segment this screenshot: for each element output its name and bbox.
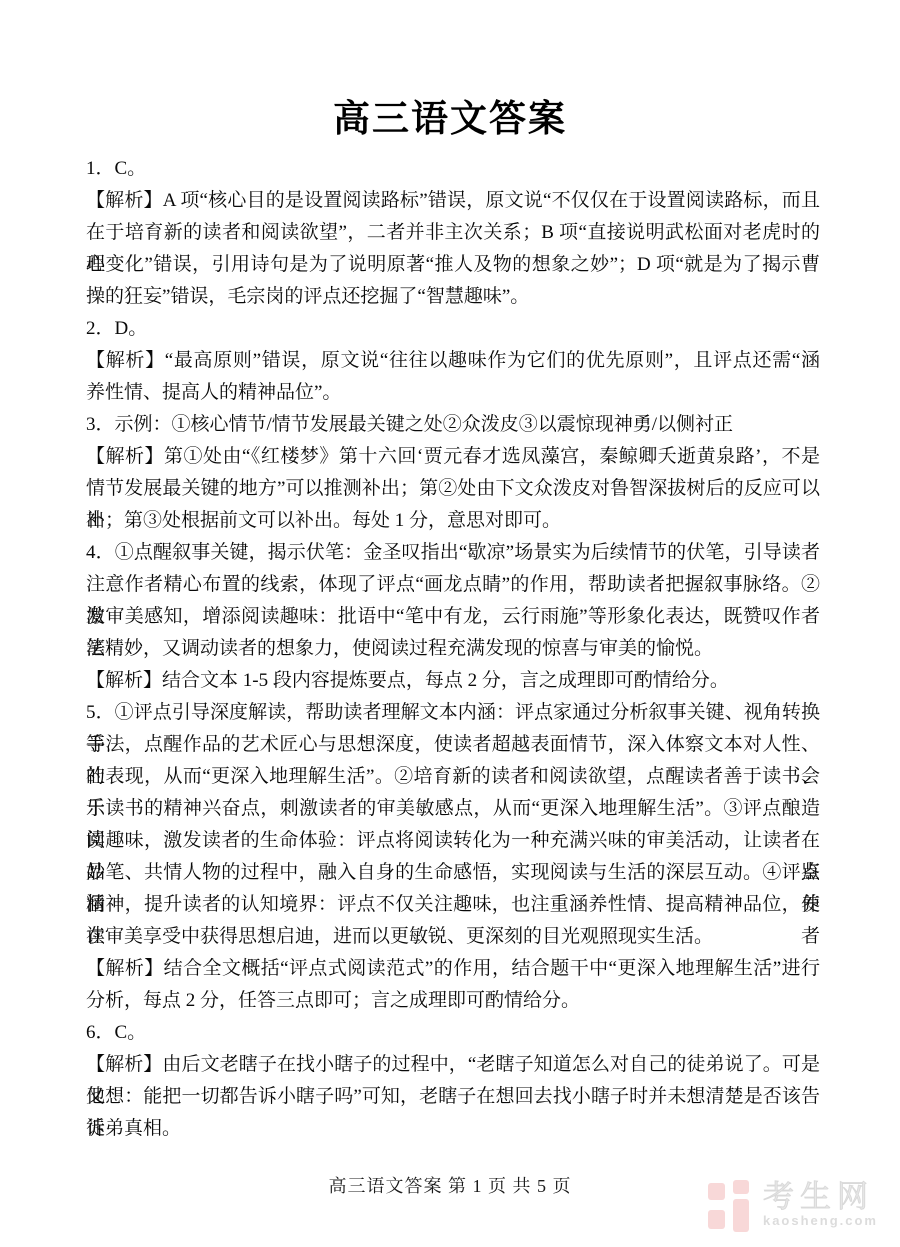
kaosheng-logo-icon xyxy=(708,1180,750,1232)
text-line: 【解析】结合全文概括“评点式阅读范式”的作用，结合题干中“更深入地理解生活”进行 xyxy=(86,953,820,985)
text-line: 徒弟真相。 xyxy=(86,1113,820,1145)
logo-block xyxy=(708,1183,725,1200)
text-line: 注意作者精心布置的线索，体现了评点“画龙点睛”的作用，帮助读者把握叙事脉络。②激 xyxy=(86,569,820,601)
paragraph: 【解析】A 项“核心目的是设置阅读路标”错误，原文说“不仅仅在于设置阅读路标，而… xyxy=(86,185,820,313)
text-line: 养性情、提高人的精神品位”。 xyxy=(86,377,820,409)
paragraph: 【解析】由后文老瞎子在找小瞎子的过程中，“老瞎子知道怎么对自己的徒弟说了。可是他… xyxy=(86,1049,820,1145)
text-line: 出；第③处根据前文可以补出。每处 1 分，意思对即可。 xyxy=(86,505,820,537)
text-line: 【解析】“最高原则”错误，原文说“往往以趣味作为它们的优先原则”，且评点还需“涵 xyxy=(86,345,820,377)
text-line: 读趣味，激发读者的生命体验：评点将阅读转化为一种充满兴味的审美活动，让读者在品鉴 xyxy=(86,825,820,857)
watermark-site-domain: kaosheng.com xyxy=(763,1213,878,1229)
text-line: 的表现，从而“更深入地理解生活”。②培育新的读者和阅读欲望，点醒读者善于读书、 … xyxy=(86,761,820,793)
text-line: 3．示例：①核心情节/情节发展最关键之处②众泼皮③以震惊现神勇/以侧衬正 xyxy=(86,409,820,441)
paragraph: 1．C。 xyxy=(86,153,820,185)
text-line: 5．①评点引导深度解读，帮助读者理解文本内涵：评点家通过分析叙事关键、视角转换等 xyxy=(86,697,820,729)
paragraph: 【解析】第①处由“《红楼梦》第十六回‘贾元春才选凤藻宫，秦鲸卿夭逝黄泉路’，不是… xyxy=(86,441,820,537)
text-line: 妙笔、共情人物的过程中，融入自身的生命感悟，实现阅读与生活的深层互动。④评点涵养 xyxy=(86,857,820,889)
watermark-site-name: 考生网 xyxy=(763,1180,878,1213)
logo-block xyxy=(733,1180,749,1194)
text-line: 分析，每点 2 分，任答三点即可；言之成理即可酌情给分。 xyxy=(86,985,820,1017)
text-line: 6．C。 xyxy=(86,1017,820,1049)
text-line: 操的狂妄”错误，毛宗岗的评点还挖掘了“智慧趣味”。 xyxy=(86,281,820,313)
document-body: 1．C。【解析】A 项“核心目的是设置阅读路标”错误，原文说“不仅仅在于设置阅读… xyxy=(86,153,820,1145)
text-line: 手法，点醒作品的艺术匠心与思想深度，使读者超越表面情节，深入体察文本对人性、社会 xyxy=(86,729,820,761)
answer-sheet-page: 高三语文答案 1．C。【解析】A 项“核心目的是设置阅读路标”错误，原文说“不仅… xyxy=(0,0,900,1247)
text-line: 又想：能把一切都告诉小瞎子吗”可知，老瞎子在想回去找小瞎子时并未想清楚是否该告诉 xyxy=(86,1081,820,1113)
text-line: 4．①点醒叙事关键，揭示伏笔：金圣叹指出“歇凉”场景实为后续情节的伏笔，引导读者 xyxy=(86,537,820,569)
text-line: 1．C。 xyxy=(86,153,820,185)
text-line: 法精妙，又调动读者的想象力，使阅读过程充满发现的惊喜与审美的愉悦。 xyxy=(86,633,820,665)
paragraph: 【解析】“最高原则”错误，原文说“往往以趣味作为它们的优先原则”，且评点还需“涵… xyxy=(86,345,820,409)
text-line: 精神，提升读者的认知境界：评点不仅关注趣味，也注重涵养性情、提高精神品位，使读者 xyxy=(86,889,820,921)
watermark-text: 考生网 kaosheng.com xyxy=(763,1180,878,1229)
text-line: 在于培育新的读者和阅读欲望”，二者并非主次关系；B 项“直接说明武松面对老虎时的… xyxy=(86,217,820,249)
page-title: 高三语文答案 xyxy=(0,88,900,142)
paragraph: 6．C。 xyxy=(86,1017,820,1049)
text-line: 于读书的精神兴奋点，刺激读者的审美敏感点，从而“更深入地理解生活”。③评点酿造阅 xyxy=(86,793,820,825)
text-line: 发审美感知，增添阅读趣味：批语中“笔中有龙，云行雨施”等形象化表达，既赞叹作者笔 xyxy=(86,601,820,633)
paragraph: 5．①评点引导深度解读，帮助读者理解文本内涵：评点家通过分析叙事关键、视角转换等… xyxy=(86,697,820,953)
paragraph: 2．D。 xyxy=(86,313,820,345)
text-line: 【解析】A 项“核心目的是设置阅读路标”错误，原文说“不仅仅在于设置阅读路标，而… xyxy=(86,185,820,217)
watermark: 考生网 kaosheng.com xyxy=(708,1180,878,1232)
text-line: 情节发展最关键的地方”可以推测补出；第②处由下文众泼皮对鲁智深拔树后的反应可以补 xyxy=(86,473,820,505)
logo-block xyxy=(733,1199,749,1232)
text-line: 【解析】第①处由“《红楼梦》第十六回‘贾元春才选凤藻宫，秦鲸卿夭逝黄泉路’，不是 xyxy=(86,441,820,473)
logo-block xyxy=(708,1210,725,1229)
text-line: 在审美享受中获得思想启迪，进而以更敏锐、更深刻的目光观照现实生活。 xyxy=(86,921,820,953)
paragraph: 【解析】结合全文概括“评点式阅读范式”的作用，结合题干中“更深入地理解生活”进行… xyxy=(86,953,820,1017)
text-line: 【解析】结合文本 1-5 段内容提炼要点，每点 2 分，言之成理即可酌情给分。 xyxy=(86,665,820,697)
text-line: 理变化”错误，引用诗句是为了说明原著“推人及物的想象之妙”；D 项“就是为了揭示… xyxy=(86,249,820,281)
paragraph: 3．示例：①核心情节/情节发展最关键之处②众泼皮③以震惊现神勇/以侧衬正 xyxy=(86,409,820,441)
text-line: 【解析】由后文老瞎子在找小瞎子的过程中，“老瞎子知道怎么对自己的徒弟说了。可是他 xyxy=(86,1049,820,1081)
paragraph: 4．①点醒叙事关键，揭示伏笔：金圣叹指出“歇凉”场景实为后续情节的伏笔，引导读者… xyxy=(86,537,820,665)
paragraph: 【解析】结合文本 1-5 段内容提炼要点，每点 2 分，言之成理即可酌情给分。 xyxy=(86,665,820,697)
text-line: 2．D。 xyxy=(86,313,820,345)
